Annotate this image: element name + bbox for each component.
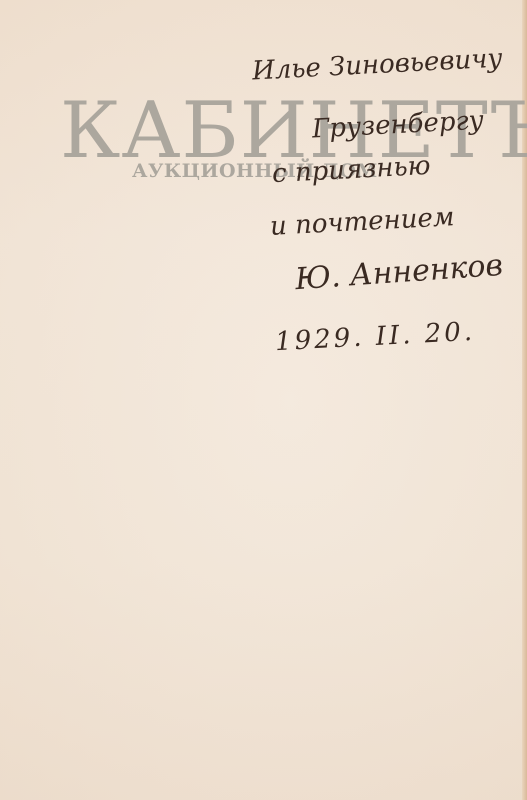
book-page: КАБИНЕТЪ АУКЦИОННЫЙ ДОМ Илье Зиновьевичу… (0, 0, 527, 800)
